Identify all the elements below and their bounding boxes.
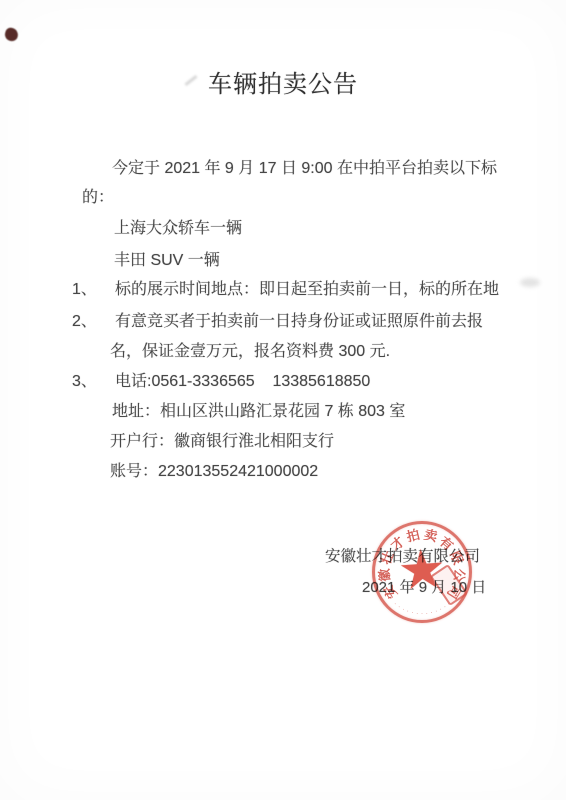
lot-item-1: 上海大众轿车一辆 [114,218,242,240]
clause-1-text: 标的展示时间地点：即日起至拍卖前一日，标的所在地 [115,279,499,301]
address-line: 地址：相山区洪山路汇景花园 7 栋 803 室 [112,401,405,423]
clause-2-text-line2: 名，保证金壹万元，报名资料费 300 元. [110,341,390,363]
account-line: 账号：223013552421000002 [110,461,318,483]
scanned-auction-notice: 车辆拍卖公告 今定于 2021 年 9 月 17 日 9:00 在中拍平台拍卖以… [0,0,566,800]
star-icon: ★ [369,518,475,621]
document-title: 车辆拍卖公告 [0,64,566,99]
clause-2-text-line1: 有意竞买者于拍卖前一日持身份证或证照原件前去报 [115,311,483,333]
ink-spot-mark [4,27,20,43]
clause-2-number: 2、 [72,311,97,333]
clause-3-text: 电话:0561-3336565 13385618850 [115,371,370,393]
lot-item-2: 丰田 SUV 一辆 [114,250,220,272]
intro-line-2: 的： [82,187,114,209]
clause-3-number: 3、 [72,371,97,393]
bank-line: 开户行：徽商银行淮北相阳支行 [110,431,334,453]
scan-smudge [520,278,540,287]
clause-1-number: 1、 [72,279,97,301]
intro-line-1: 今定于 2021 年 9 月 17 日 9:00 在中拍平台拍卖以下标 [112,158,497,180]
company-seal: 安徽壮才拍卖有限公司 ★ ············· [372,521,472,623]
